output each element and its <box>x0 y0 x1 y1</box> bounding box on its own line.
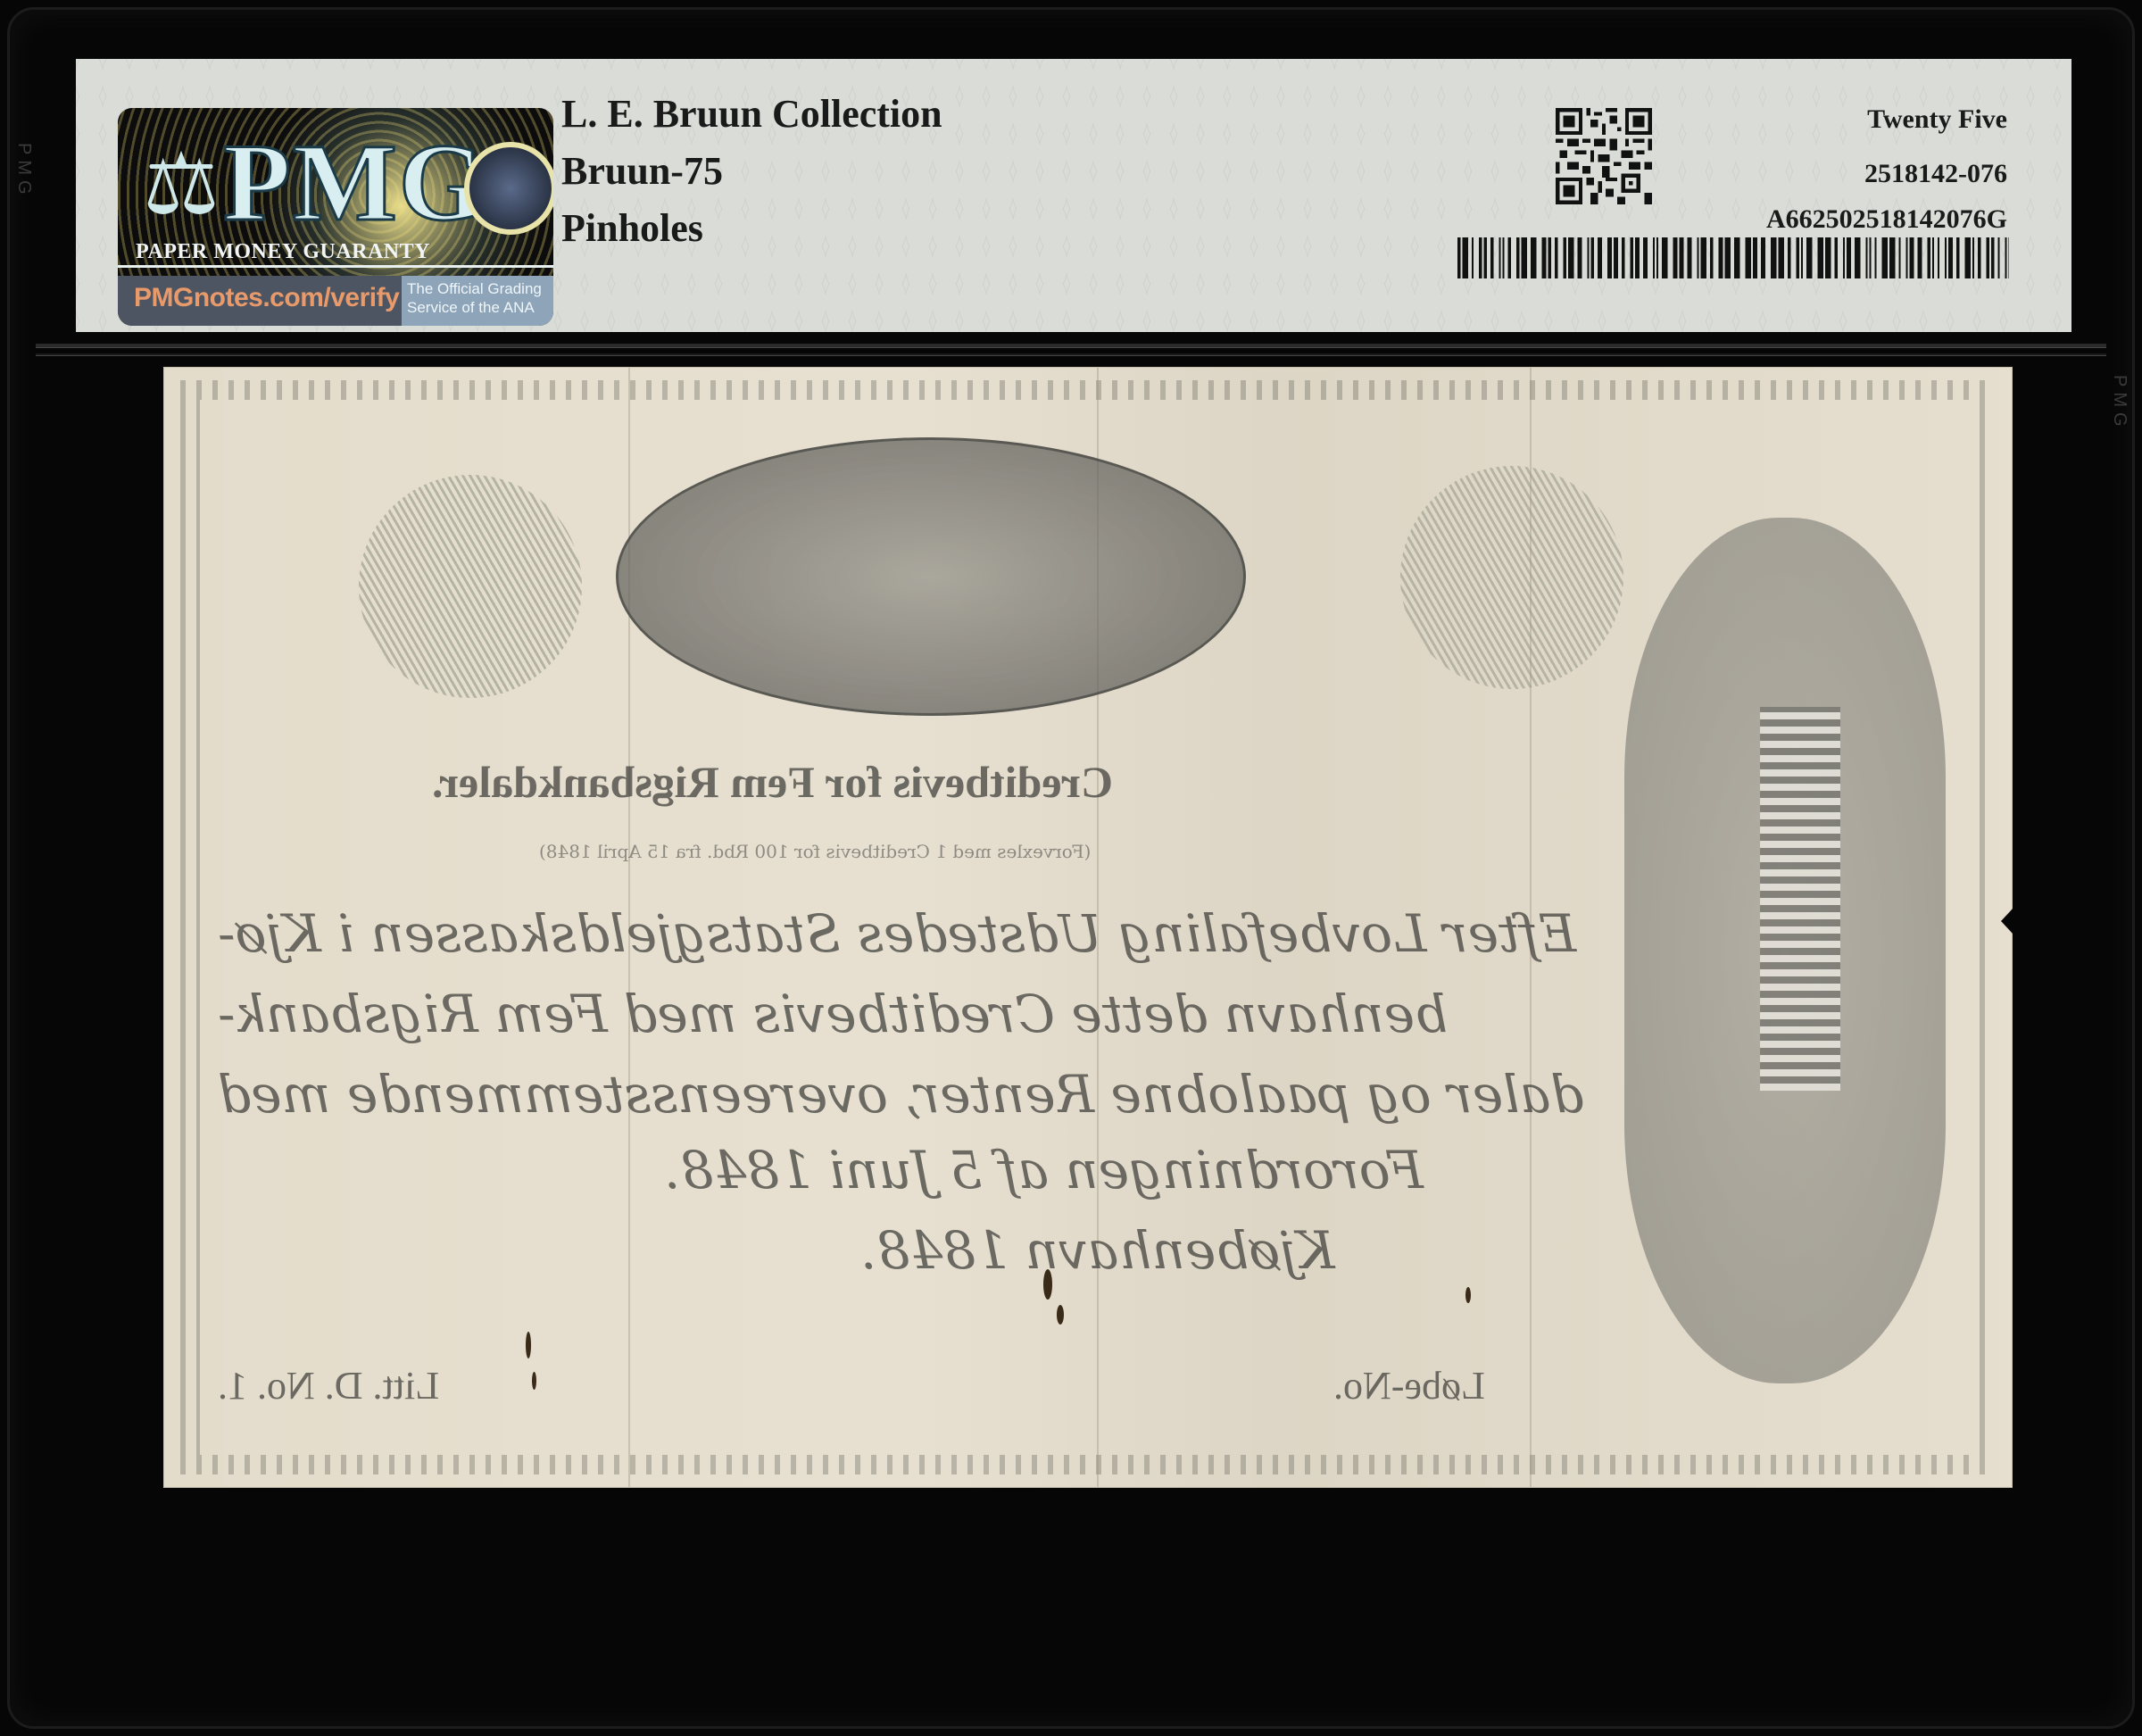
note-text-line: Kjøbenhavn 1848. <box>860 1220 1335 1281</box>
scales-icon: ⚖ <box>141 135 221 233</box>
label-comment: Pinholes <box>561 200 942 257</box>
hologram-footer: PMGnotes.com/verify The Official Grading… <box>118 276 553 326</box>
barcode-icon <box>1457 237 2009 278</box>
pmg-holder: PMG PMG ⚖ PMG PAPER MONEY GUARANTY PMGno… <box>0 0 2142 1736</box>
oval-vignette-top <box>616 437 1246 716</box>
note-text-line: Efter Lovbefaling Udstedes Statsgjeldska… <box>218 903 1576 964</box>
holder-divider <box>36 344 2106 348</box>
verify-url[interactable]: PMGnotes.com/verify <box>118 276 402 326</box>
note-text-line: daler og paalobne Renter, overeensstemme… <box>218 1064 1583 1125</box>
collection-name: L. E. Bruun Collection <box>561 86 942 143</box>
banknote: Creditbevis for Fem Rigsbankdaler. (Forv… <box>164 368 2012 1487</box>
ana-seal-icon <box>464 142 553 235</box>
side-panel-lettering <box>1760 707 1840 1091</box>
note-title-mirrored: Creditbevis for Fem Rigsbankdaler. <box>432 756 1113 808</box>
holder-emboss-left: PMG <box>12 143 34 357</box>
grade-text: Twenty Five <box>1766 93 2007 146</box>
circle-vignette-right <box>1400 466 1623 689</box>
signature-ink <box>1465 1287 1471 1303</box>
label-description: L. E. Bruun Collection Bruun-75 Pinholes <box>561 86 942 257</box>
holder-emboss-right: PMG <box>2108 375 2130 589</box>
signature-ink <box>532 1372 536 1390</box>
qr-code-icon[interactable] <box>1556 98 1652 214</box>
hologram-stripe <box>118 265 553 268</box>
pmg-hologram: ⚖ PMG PAPER MONEY GUARANTY PMGnotes.com/… <box>118 108 553 326</box>
signature-ink <box>1043 1269 1052 1300</box>
catalog-number: Bruun-75 <box>561 143 942 200</box>
cert-number: 2518142-076 <box>1766 146 2007 202</box>
note-edge-tear <box>2001 908 2013 934</box>
note-serial-label-mirrored: Løbe-No. <box>1333 1363 1485 1408</box>
hologram-tagline: PAPER MONEY GUARANTY <box>136 240 430 264</box>
note-subtitle-mirrored: (Forvexles med 1 Creditbevis for 100 Rbd… <box>539 841 1091 862</box>
official-service-text: The Official Grading Service of the ANA <box>402 276 553 326</box>
hologram-brand: PMG <box>223 129 486 237</box>
grade-block: Twenty Five 2518142-076 A662502518142076… <box>1766 93 2007 237</box>
grading-label: ⚖ PMG PAPER MONEY GUARANTY PMGnotes.com/… <box>76 59 2071 332</box>
circle-vignette-left <box>359 475 582 698</box>
signature-ink <box>1057 1305 1064 1325</box>
note-series-mirrored: Litt. D. No. 1. <box>218 1363 439 1408</box>
signature-ink <box>526 1332 531 1358</box>
barcode-text: A662502518142076G <box>1766 202 2007 237</box>
holder-divider-inner <box>36 353 2106 356</box>
note-text-line: benhavn dette Creditbevis med Fem Rigsba… <box>218 984 1448 1044</box>
note-text-line: Forordningen af 5 Juni 1848. <box>664 1140 1424 1200</box>
